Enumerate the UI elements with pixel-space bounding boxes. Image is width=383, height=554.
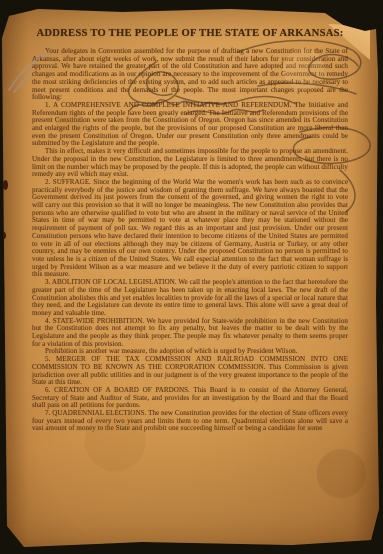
paragraph-section-1-initiative-referendum: 1. A COMPREHENSIVE AND COMPLETE INITIATI…: [32, 102, 348, 148]
paper-edge-tear: [2, 232, 6, 239]
paragraph-section-5-merger-commissions: 5. MERGER OF THE TAX COMMISSION AND RAIL…: [32, 356, 348, 387]
paragraph-section-2-suffrage: 2. SUFFRAGE. Since the beginning of the …: [32, 179, 348, 279]
paragraph-intro: Your delegates in Convention assembled f…: [32, 48, 348, 102]
paper-sheet: ADDRESS TO THE PEOPLE OF THE STATE OF AR…: [2, 4, 379, 550]
paper-edge-tear: [3, 180, 8, 190]
paragraph-section-7-quadrennial-elections: 7. QUADRENNIAL ELECTIONS. The new Consti…: [32, 410, 348, 433]
paragraph-section-3-local-legislation: 3. ABOLITION OF LOCAL LEGISLATION. We ca…: [32, 279, 348, 318]
paragraph-section-6-board-of-pardons: 6. CREATION OF A BOARD OF PARDONS. This …: [32, 387, 348, 410]
scanned-document-page: ADDRESS TO THE PEOPLE OF THE STATE OF AR…: [0, 0, 383, 554]
paragraph-section-4-prohibition: 4. STATE-WIDE PROHIBITION. We have provi…: [32, 318, 348, 349]
page-title: ADDRESS TO THE PEOPLE OF THE STATE OF AR…: [32, 28, 348, 39]
paragraph-section-1-continued: This in effect, makes it very difficult …: [32, 148, 348, 179]
page-content: ADDRESS TO THE PEOPLE OF THE STATE OF AR…: [32, 28, 348, 433]
